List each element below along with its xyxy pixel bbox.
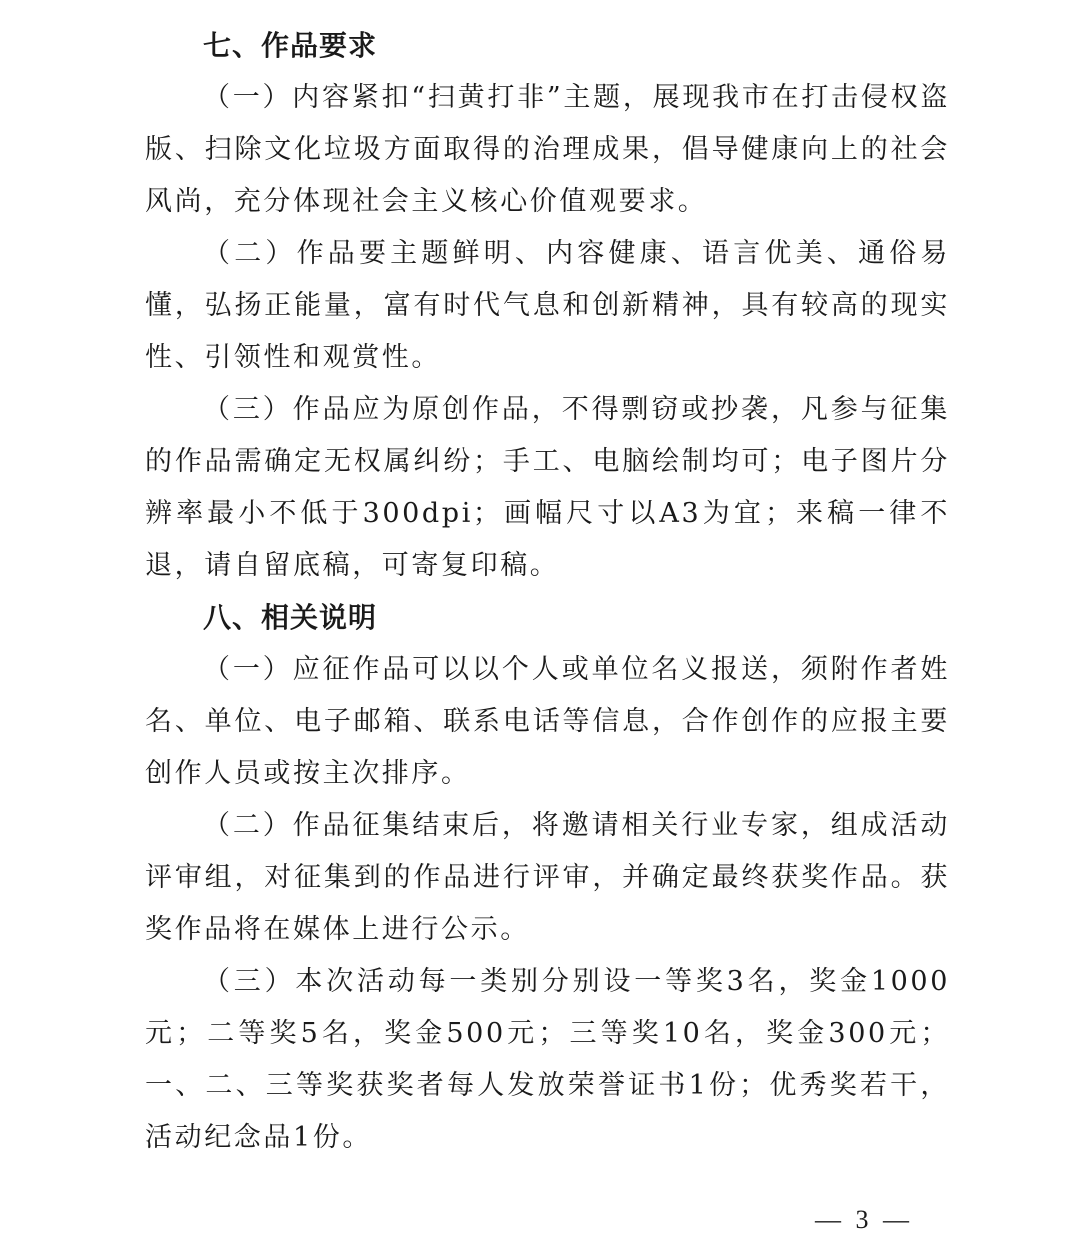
paragraph-requirement-3: （三）作品应为原创作品，不得剽窃或抄袭，凡参与征集的作品需确定无权属纠纷；手工、… [145,384,950,592]
paragraph-requirement-2: （二）作品要主题鲜明、内容健康、语言优美、通俗易懂，弘扬正能量，富有时代气息和创… [145,228,950,384]
document-page: 七、作品要求 （一）内容紧扣“扫黄打非”主题，展现我市在打击侵权盗版、扫除文化垃… [145,20,950,1164]
paragraph-note-3: （三）本次活动每一类别分别设一等奖3名，奖金1000元；二等奖5名，奖金500元… [145,956,950,1164]
section-heading-requirements: 七、作品要求 [145,20,950,72]
paragraph-note-1: （一）应征作品可以以个人或单位名义报送，须附作者姓名、单位、电子邮箱、联系电话等… [145,644,950,800]
page-number: — 3 — [815,1205,913,1235]
paragraph-note-2: （二）作品征集结束后，将邀请相关行业专家，组成活动评审组，对征集到的作品进行评审… [145,800,950,956]
section-heading-notes: 八、相关说明 [145,592,950,644]
paragraph-requirement-1: （一）内容紧扣“扫黄打非”主题，展现我市在打击侵权盗版、扫除文化垃圾方面取得的治… [145,72,950,228]
